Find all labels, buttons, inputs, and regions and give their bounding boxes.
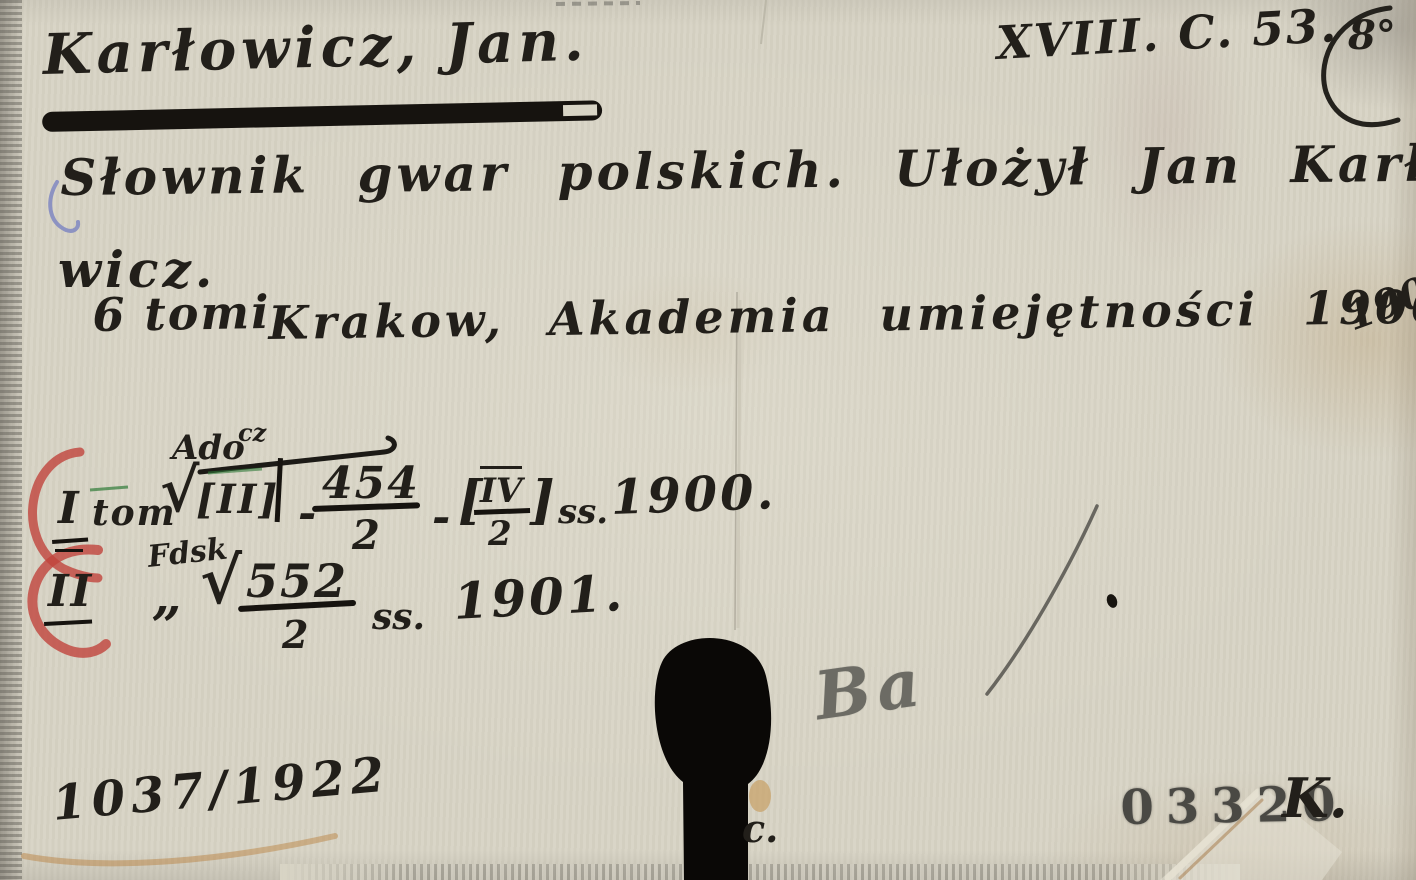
entry1-pages: ss. [558, 492, 608, 532]
scan-edge-left [0, 0, 22, 880]
entry2-numeral: II [48, 566, 93, 617]
volumes-note: 6 tomi. [92, 285, 289, 342]
format-mark: 8° [1348, 12, 1396, 59]
librarian-note-c: c. [742, 806, 778, 851]
entry2-year: 1901. [452, 563, 626, 631]
entry1-bracket2-open: [ [458, 470, 483, 531]
entry1-bracket2-close: ] [530, 470, 555, 531]
entry1-fraction1-denominator: 2 [352, 512, 380, 559]
entry1-fraction2-numerator: IV [480, 466, 522, 511]
entry1-dash-1: - [298, 488, 316, 539]
entry2-pages: ss. [372, 596, 425, 638]
entry1-fraction1-numerator: 454 [322, 458, 420, 509]
entry2-fraction-numerator: 552 [246, 554, 348, 608]
catalog-card-scan: Karłowicz, Jan. XVIII. C. 53. 8° Słownik… [0, 0, 1416, 880]
heading-underline-hollow-tip [563, 104, 597, 116]
annotation-top-superscript: cz [238, 418, 266, 447]
entry1-numeral-underline-2 [55, 549, 83, 552]
scan-edge-bottom [280, 864, 1240, 880]
entry1-numeral: I [58, 483, 79, 534]
pencil-initials: Ba [810, 643, 930, 736]
entry1-radical-sign: √ [160, 456, 199, 526]
entry2-radical-sign: √ [200, 544, 242, 619]
stamp-letter-handwritten: K. [1282, 766, 1348, 830]
entry1-fraction2-denominator: 2 [488, 514, 512, 554]
entry2-ditto-mark: „ [152, 566, 182, 627]
entry1-bracket-roman: [II] [196, 476, 279, 523]
entry1-year: 1900. [610, 464, 777, 526]
entry2-fraction-denominator: 2 [282, 612, 308, 657]
entry1-dash-2: - [432, 492, 450, 543]
